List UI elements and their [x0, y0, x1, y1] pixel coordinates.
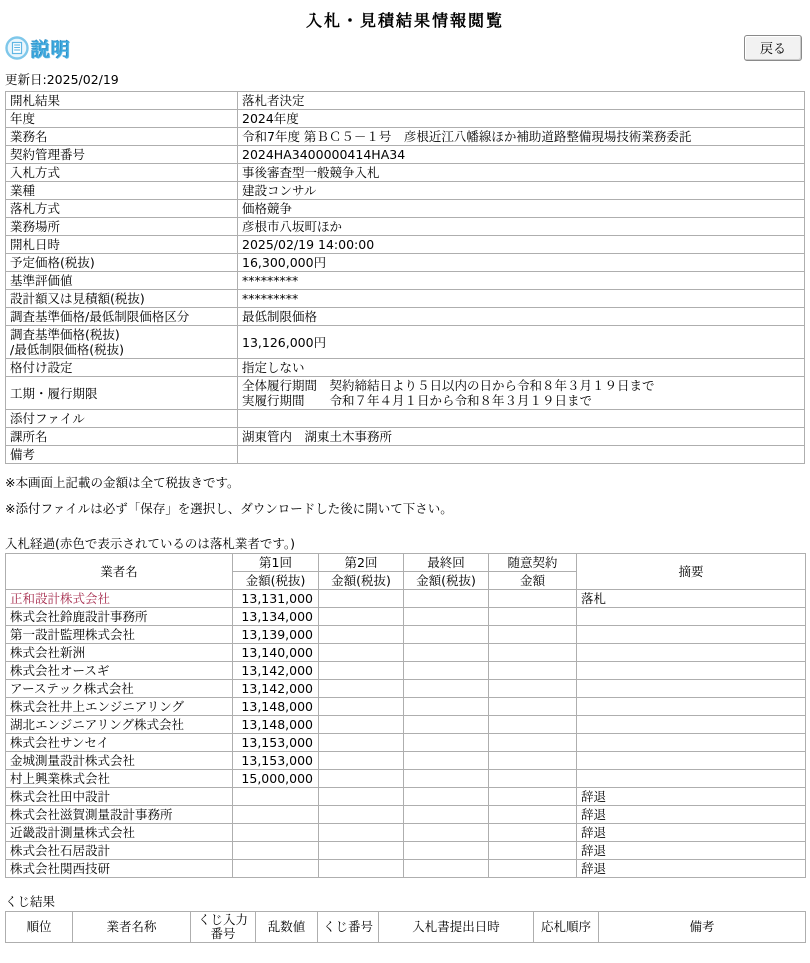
detail-label: 添付ファイル — [6, 410, 238, 428]
round2-amount-cell — [319, 698, 404, 716]
bid-row: 株式会社新洲13,140,000 — [6, 644, 806, 662]
detail-row: 入札方式事後審査型一般競争入札 — [6, 164, 805, 182]
vendor-name-cell: 株式会社滋賀測量設計事務所 — [6, 806, 233, 824]
bid-header-final: 最終回 — [404, 554, 489, 572]
final-amount-cell — [404, 698, 489, 716]
round1-amount-cell — [233, 824, 319, 842]
updated-line: 更新日:2025/02/19 — [5, 70, 810, 87]
nego-amount-cell — [489, 752, 577, 770]
vendor-name-cell: 株式会社新洲 — [6, 644, 233, 662]
vendor-name-cell: 第一設計監理株式会社 — [6, 626, 233, 644]
detail-label: 開札日時 — [6, 236, 238, 254]
bid-header-round2: 第2回 — [319, 554, 404, 572]
nego-amount-cell — [489, 842, 577, 860]
detail-value: 湖東管内 湖東土木事務所 — [238, 428, 805, 446]
final-amount-cell — [404, 626, 489, 644]
detail-row: 開札結果落札者決定 — [6, 92, 805, 110]
bid-row: 第一設計監理株式会社13,139,000 — [6, 626, 806, 644]
nego-amount-cell — [489, 662, 577, 680]
round1-amount-cell — [233, 788, 319, 806]
final-amount-cell — [404, 770, 489, 788]
detail-value: 2024年度 — [238, 110, 805, 128]
bid-row: 近畿設計測量株式会社辞退 — [6, 824, 806, 842]
vendor-name-cell: 株式会社石居設計 — [6, 842, 233, 860]
detail-label: 基準評価値 — [6, 272, 238, 290]
final-amount-cell — [404, 752, 489, 770]
nego-amount-cell — [489, 734, 577, 752]
round1-amount-cell: 13,148,000 — [233, 698, 319, 716]
round2-amount-cell — [319, 662, 404, 680]
detail-row: 業種建設コンサル — [6, 182, 805, 200]
detail-label: 契約管理番号 — [6, 146, 238, 164]
result-note-cell — [577, 644, 806, 662]
nego-amount-cell — [489, 806, 577, 824]
lottery-header-cell: くじ番号 — [318, 912, 379, 943]
updated-label: 更新日: — [5, 72, 47, 87]
round2-amount-cell — [319, 842, 404, 860]
final-amount-cell — [404, 734, 489, 752]
detail-value — [238, 410, 805, 428]
detail-value: 全体履行期間 契約締結日より５日以内の日から令和８年３月１９日まで 実履行期間 … — [238, 377, 805, 410]
result-note-cell: 辞退 — [577, 860, 806, 878]
round1-amount-cell — [233, 842, 319, 860]
bid-row: 株式会社オースギ13,142,000 — [6, 662, 806, 680]
detail-label: 格付け設定 — [6, 359, 238, 377]
round1-amount-cell: 13,134,000 — [233, 608, 319, 626]
lottery-header-cell: くじ入力番号 — [191, 912, 256, 943]
round1-amount-cell: 13,142,000 — [233, 680, 319, 698]
round2-amount-cell — [319, 788, 404, 806]
bid-header-nego: 随意契約 — [489, 554, 577, 572]
detail-value: 指定しない — [238, 359, 805, 377]
bid-row: 株式会社鈴鹿設計事務所13,134,000 — [6, 608, 806, 626]
vendor-name-cell: 近畿設計測量株式会社 — [6, 824, 233, 842]
detail-row: 業務場所彦根市八坂町ほか — [6, 218, 805, 236]
vendor-name-cell: 正和設計株式会社 — [6, 590, 233, 608]
lottery-header-cell: 応札順序 — [534, 912, 599, 943]
bid-row: 金城測量設計株式会社13,153,000 — [6, 752, 806, 770]
result-note-cell — [577, 752, 806, 770]
detail-value: 事後審査型一般競争入札 — [238, 164, 805, 182]
result-note-cell: 辞退 — [577, 824, 806, 842]
result-note-cell: 辞退 — [577, 842, 806, 860]
round2-amount-cell — [319, 734, 404, 752]
nego-amount-cell — [489, 626, 577, 644]
round2-amount-cell — [319, 590, 404, 608]
vendor-name-cell: 村上興業株式会社 — [6, 770, 233, 788]
round1-amount-cell: 13,153,000 — [233, 752, 319, 770]
bid-row: 株式会社田中設計辞退 — [6, 788, 806, 806]
detail-label: 業務場所 — [6, 218, 238, 236]
detail-row: 開札日時2025/02/19 14:00:00 — [6, 236, 805, 254]
bid-row: 株式会社関西技研辞退 — [6, 860, 806, 878]
result-note-cell — [577, 626, 806, 644]
nego-amount-cell — [489, 824, 577, 842]
detail-label: 設計額又は見積額(税抜) — [6, 290, 238, 308]
nego-amount-cell — [489, 590, 577, 608]
back-button[interactable]: 戻る — [744, 35, 802, 61]
result-note-cell: 辞退 — [577, 788, 806, 806]
bid-header-round1: 第1回 — [233, 554, 319, 572]
lottery-header-cell: 乱数値 — [256, 912, 318, 943]
lottery-table: 順位業者名称くじ入力番号乱数値くじ番号入札書提出日時応札順序備考 — [5, 911, 806, 943]
bid-section-title: 入札経過(赤色で表示されているのは落札業者です。) — [5, 534, 810, 550]
bid-header-round1-amount: 金額(税抜) — [233, 572, 319, 590]
round1-amount-cell: 15,000,000 — [233, 770, 319, 788]
bid-row: アーステック株式会社13,142,000 — [6, 680, 806, 698]
vendor-name-cell: アーステック株式会社 — [6, 680, 233, 698]
round2-amount-cell — [319, 860, 404, 878]
bid-header-note: 摘要 — [577, 554, 806, 590]
vendor-name-cell: 株式会社オースギ — [6, 662, 233, 680]
bid-row: 村上興業株式会社15,000,000 — [6, 770, 806, 788]
vendor-name-cell: 株式会社サンセイ — [6, 734, 233, 752]
lottery-header-cell: 入札書提出日時 — [379, 912, 534, 943]
result-note-cell — [577, 770, 806, 788]
vendor-name-cell: 金城測量設計株式会社 — [6, 752, 233, 770]
detail-value: 2024HA3400000414HA34 — [238, 146, 805, 164]
detail-row: 調査基準価格/最低制限価格区分最低制限価格 — [6, 308, 805, 326]
round1-amount-cell: 13,142,000 — [233, 662, 319, 680]
help-document-icon — [5, 36, 29, 60]
result-note-cell — [577, 680, 806, 698]
final-amount-cell — [404, 716, 489, 734]
round1-amount-cell — [233, 860, 319, 878]
bid-table-body: 正和設計株式会社13,131,000落札株式会社鈴鹿設計事務所13,134,00… — [6, 590, 806, 878]
nego-amount-cell — [489, 860, 577, 878]
detail-table-body: 開札結果落札者決定年度2024年度業務名令和7年度 第ＢＣ５－１号 彦根近江八幡… — [6, 92, 805, 464]
detail-value: 彦根市八坂町ほか — [238, 218, 805, 236]
vendor-name-cell: 株式会社関西技研 — [6, 860, 233, 878]
detail-value: 13,126,000円 — [238, 326, 805, 359]
page-title: 入札・見積結果情報閲覧 — [0, 0, 810, 30]
detail-row: 設計額又は見積額(税抜)********* — [6, 290, 805, 308]
vendor-name-cell: 湖北エンジニアリング株式会社 — [6, 716, 233, 734]
detail-row: 落札方式価格競争 — [6, 200, 805, 218]
detail-row: 工期・履行期限全体履行期間 契約締結日より５日以内の日から令和８年３月１９日まで… — [6, 377, 805, 410]
bid-row: 湖北エンジニアリング株式会社13,148,000 — [6, 716, 806, 734]
round1-amount-cell — [233, 806, 319, 824]
vendor-name-cell: 株式会社田中設計 — [6, 788, 233, 806]
vendor-name-cell: 株式会社井上エンジニアリング — [6, 698, 233, 716]
final-amount-cell — [404, 806, 489, 824]
lottery-section-title: くじ結果 — [5, 892, 810, 908]
bid-row: 正和設計株式会社13,131,000落札 — [6, 590, 806, 608]
detail-row: 契約管理番号2024HA3400000414HA34 — [6, 146, 805, 164]
round2-amount-cell — [319, 806, 404, 824]
detail-value: ********* — [238, 290, 805, 308]
final-amount-cell — [404, 644, 489, 662]
round2-amount-cell — [319, 608, 404, 626]
final-amount-cell — [404, 590, 489, 608]
nego-amount-cell — [489, 716, 577, 734]
detail-label: 備考 — [6, 446, 238, 464]
toolbar: 説明 戻る — [0, 30, 810, 64]
detail-label: 入札方式 — [6, 164, 238, 182]
detail-value: 2025/02/19 14:00:00 — [238, 236, 805, 254]
result-note-cell — [577, 662, 806, 680]
help-link[interactable]: 説明 — [5, 35, 71, 62]
nego-amount-cell — [489, 608, 577, 626]
vendor-name-cell: 株式会社鈴鹿設計事務所 — [6, 608, 233, 626]
nego-amount-cell — [489, 788, 577, 806]
detail-row: 予定価格(税抜)16,300,000円 — [6, 254, 805, 272]
lottery-header-row: 順位業者名称くじ入力番号乱数値くじ番号入札書提出日時応札順序備考 — [6, 912, 806, 943]
result-note-cell: 辞退 — [577, 806, 806, 824]
bid-header-round2-amount: 金額(税抜) — [319, 572, 404, 590]
detail-value: 落札者決定 — [238, 92, 805, 110]
detail-row: 年度2024年度 — [6, 110, 805, 128]
round1-amount-cell: 13,131,000 — [233, 590, 319, 608]
nego-amount-cell — [489, 680, 577, 698]
final-amount-cell — [404, 824, 489, 842]
detail-row: 添付ファイル — [6, 410, 805, 428]
note-tax: ※本画面上記載の金額は全て税抜きです。 — [5, 473, 810, 490]
round1-amount-cell: 13,153,000 — [233, 734, 319, 752]
final-amount-cell — [404, 860, 489, 878]
round2-amount-cell — [319, 824, 404, 842]
final-amount-cell — [404, 680, 489, 698]
result-note-cell — [577, 608, 806, 626]
round2-amount-cell — [319, 752, 404, 770]
lottery-header-cell: 順位 — [6, 912, 73, 943]
round2-amount-cell — [319, 716, 404, 734]
detail-row: 課所名湖東管内 湖東土木事務所 — [6, 428, 805, 446]
bid-row: 株式会社井上エンジニアリング13,148,000 — [6, 698, 806, 716]
result-note-cell — [577, 716, 806, 734]
final-amount-cell — [404, 662, 489, 680]
detail-label: 落札方式 — [6, 200, 238, 218]
round2-amount-cell — [319, 626, 404, 644]
detail-label: 調査基準価格(税抜) /最低制限価格(税抜) — [6, 326, 238, 359]
detail-value: 価格競争 — [238, 200, 805, 218]
detail-value: 令和7年度 第ＢＣ５－１号 彦根近江八幡線ほか補助道路整備現場技術業務委託 — [238, 128, 805, 146]
detail-label: 業務名 — [6, 128, 238, 146]
result-note-cell — [577, 734, 806, 752]
detail-table: 開札結果落札者決定年度2024年度業務名令和7年度 第ＢＣ５－１号 彦根近江八幡… — [5, 91, 805, 464]
nego-amount-cell — [489, 644, 577, 662]
bid-table: 業者名 第1回 第2回 最終回 随意契約 摘要 金額(税抜) 金額(税抜) 金額… — [5, 553, 806, 878]
detail-value: 16,300,000円 — [238, 254, 805, 272]
nego-amount-cell — [489, 770, 577, 788]
updated-date: 2025/02/19 — [47, 72, 119, 87]
detail-label: 課所名 — [6, 428, 238, 446]
bid-row: 株式会社滋賀測量設計事務所辞退 — [6, 806, 806, 824]
bid-row: 株式会社サンセイ13,153,000 — [6, 734, 806, 752]
round2-amount-cell — [319, 680, 404, 698]
final-amount-cell — [404, 788, 489, 806]
detail-row: 格付け設定指定しない — [6, 359, 805, 377]
notes-block: ※本画面上記載の金額は全て税抜きです。 ※添付ファイルは必ず「保存」を選択し、ダ… — [0, 473, 810, 516]
detail-row: 基準評価値********* — [6, 272, 805, 290]
detail-label: 業種 — [6, 182, 238, 200]
nego-amount-cell — [489, 698, 577, 716]
bid-header-nego-amount: 金額 — [489, 572, 577, 590]
round1-amount-cell: 13,148,000 — [233, 716, 319, 734]
detail-value: ********* — [238, 272, 805, 290]
help-label: 説明 — [31, 35, 71, 62]
detail-row: 業務名令和7年度 第ＢＣ５－１号 彦根近江八幡線ほか補助道路整備現場技術業務委託 — [6, 128, 805, 146]
detail-row: 備考 — [6, 446, 805, 464]
note-attachment: ※添付ファイルは必ず「保存」を選択し、ダウンロードした後に開いて下さい。 — [5, 499, 810, 516]
round2-amount-cell — [319, 644, 404, 662]
detail-row: 調査基準価格(税抜) /最低制限価格(税抜)13,126,000円 — [6, 326, 805, 359]
round2-amount-cell — [319, 770, 404, 788]
final-amount-cell — [404, 608, 489, 626]
bid-row: 株式会社石居設計辞退 — [6, 842, 806, 860]
detail-label: 予定価格(税抜) — [6, 254, 238, 272]
detail-label: 開札結果 — [6, 92, 238, 110]
detail-value — [238, 446, 805, 464]
bid-header-final-amount: 金額(税抜) — [404, 572, 489, 590]
detail-value: 建設コンサル — [238, 182, 805, 200]
lottery-header-cell: 備考 — [599, 912, 806, 943]
round1-amount-cell: 13,140,000 — [233, 644, 319, 662]
result-note-cell — [577, 698, 806, 716]
detail-value: 最低制限価格 — [238, 308, 805, 326]
detail-label: 年度 — [6, 110, 238, 128]
detail-label: 調査基準価格/最低制限価格区分 — [6, 308, 238, 326]
final-amount-cell — [404, 842, 489, 860]
result-note-cell: 落札 — [577, 590, 806, 608]
round1-amount-cell: 13,139,000 — [233, 626, 319, 644]
bid-header-vendor: 業者名 — [6, 554, 233, 590]
detail-label: 工期・履行期限 — [6, 377, 238, 410]
lottery-header-cell: 業者名称 — [73, 912, 191, 943]
